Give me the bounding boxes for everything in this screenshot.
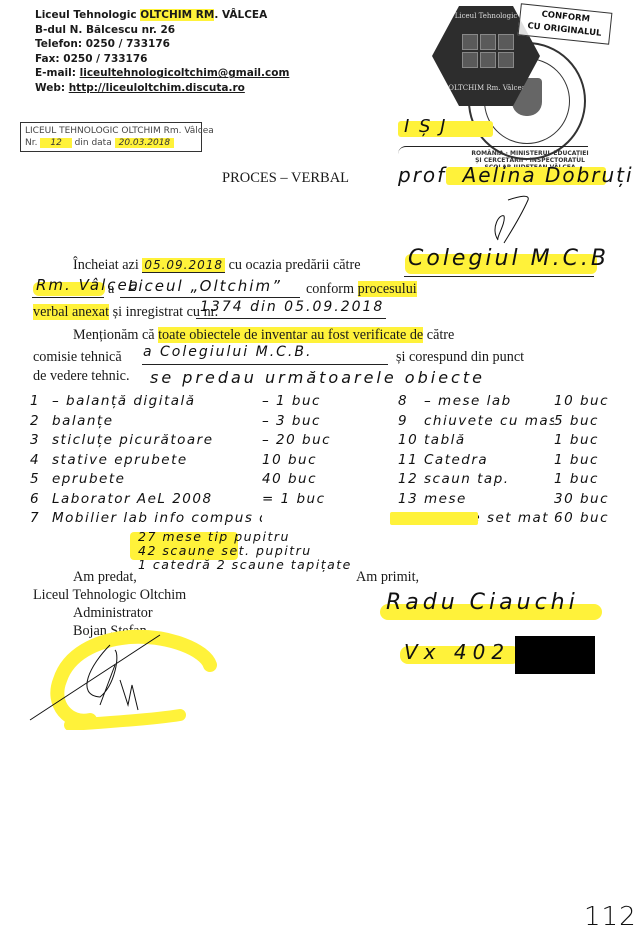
inventory-item-quantity: 10 buc xyxy=(554,393,609,413)
inventory-item-name: chiuvete cu masă xyxy=(424,413,554,433)
inventory-item-name: Mobilier lab info compus din xyxy=(52,510,262,530)
inventory-item: 3sticluțe picurătoare– 20 buc xyxy=(30,432,350,452)
paragraph-2-line-1: Menționăm că toate obiectele de inventar… xyxy=(73,327,454,344)
recipient-institution: Colegiul M.C.B xyxy=(408,246,609,271)
inventory-item: 5eprubete40 buc xyxy=(30,471,350,491)
inventory-item-name: sticluțe picurătoare xyxy=(52,432,262,452)
inventory-item: 13mese30 buc xyxy=(398,491,638,511)
inventory-left-column: 1– balanță digitală– 1 buc2balanțe– 3 bu… xyxy=(30,393,350,530)
web-link[interactable]: http://liceuloltchim.discuta.ro xyxy=(69,82,245,94)
inventory-item-name: mese xyxy=(424,491,554,511)
inventory-item-number: 12 xyxy=(398,471,424,491)
registration-number-line: Nr. 12 din data 20.03.2018 xyxy=(25,137,197,149)
inventory-item-quantity: 1 buc xyxy=(554,471,599,491)
inventory-item-quantity: – 20 buc xyxy=(262,432,331,452)
inventory-right-column: 8– mese lab10 buc9chiuvete cu masă5 buc1… xyxy=(398,393,638,530)
document-title: PROCES – VERBAL xyxy=(222,170,349,187)
inventory-item-quantity: 10 buc xyxy=(262,452,317,472)
registration-number: 12 xyxy=(40,138,71,148)
inventory-item-number: 7 xyxy=(30,510,52,530)
received-label: Am primit, xyxy=(356,569,419,586)
inventory-item-name: tablă xyxy=(424,432,554,452)
inventory-item: 4stative eprubete10 buc xyxy=(30,452,350,472)
school-email: E-mail: liceultehnologicoltchim@gmail.co… xyxy=(35,66,365,81)
inventory-item-quantity: 60 buc xyxy=(554,510,609,530)
paragraph-2-line-2: comisie tehnică xyxy=(33,349,122,366)
registration-stamp: LICEUL TEHNOLOGIC OLTCHIM Rm. Vâlcea Nr.… xyxy=(20,122,202,152)
registration-date: 20.03.2018 xyxy=(115,138,175,148)
conform-cu-originalul-stamp: CONFORM CU ORIGINALUL xyxy=(518,3,613,44)
recipient-underline xyxy=(404,276,594,277)
inventory-item-name: – balanță digitală xyxy=(52,393,262,413)
inventory-item: 10tablă1 buc xyxy=(398,432,638,452)
inventory-item-quantity: 40 buc xyxy=(262,471,317,491)
annotation-bracket xyxy=(398,146,588,157)
inventory-item-number: 6 xyxy=(30,491,52,511)
source-institution: Liceul „Oltchim” xyxy=(128,277,282,295)
inventory-item-name: eprubete xyxy=(52,471,262,491)
recipient-city: Rm. Vâlcea xyxy=(36,276,140,294)
administrator-signature xyxy=(20,625,230,730)
paragraph-1-line-1: Încheiat azi 05.09.2018 cu ocazia predăr… xyxy=(73,257,361,274)
inventory-item-quantity: – 1 buc xyxy=(262,393,321,413)
email-link[interactable]: liceultehnologicoltchim@gmail.com xyxy=(80,67,290,79)
inventory-item-number: 5 xyxy=(30,471,52,491)
inspector-signature xyxy=(480,188,560,248)
inventory-item-name: scaun tap. xyxy=(424,471,554,491)
inventory-item-number: 4 xyxy=(30,452,52,472)
inventory-item-name: stative eprubete xyxy=(52,452,262,472)
inventory-item-7-subitems: 27 mese tip pupitru42 scaune set. pupitr… xyxy=(138,530,352,572)
inventory-subitem: 42 scaune set. pupitru xyxy=(138,544,352,558)
handover-date: 05.09.2018 xyxy=(142,258,225,273)
received-id: Vx 402 xyxy=(404,640,510,664)
inventory-item: 2balanțe– 3 buc xyxy=(30,413,350,433)
school-seal-bottom-text: OLTCHIM Rm. Vâlcea xyxy=(442,84,532,92)
inventory-item-number: 11 xyxy=(398,452,424,472)
school-phone: Telefon: 0250 / 733176 xyxy=(35,37,365,52)
inventory-item-number: 2 xyxy=(30,413,52,433)
inventory-item-quantity: 1 buc xyxy=(554,432,599,452)
inventory-item: 1– balanță digitală– 1 buc xyxy=(30,393,350,413)
inventory-item-number: 13 xyxy=(398,491,424,511)
paragraph-2-line-3: de vedere tehnic. xyxy=(33,368,130,385)
inventory-item-number: 1 xyxy=(30,393,52,413)
handed-label: Am predat, xyxy=(73,569,137,586)
inventory-item-number: 3 xyxy=(30,432,52,452)
commission-name: a Colegiului M.C.B. xyxy=(143,344,312,360)
inventory-subitem: 1 catedră 2 scaune tapițate xyxy=(138,558,352,572)
inventory-item-number: 8 xyxy=(398,393,424,413)
inventory-item-quantity: 5 buc xyxy=(554,413,599,433)
inventory-item: 9chiuvete cu masă5 buc xyxy=(398,413,638,433)
school-name: Liceul Tehnologic OLTCHIM RM. VÂLCEA xyxy=(35,8,365,23)
letterhead: Liceul Tehnologic OLTCHIM RM. VÂLCEA B-d… xyxy=(35,8,365,96)
inventory-item: 6Laborator AeL 2008= 1 buc xyxy=(30,491,350,511)
redaction-block xyxy=(515,636,595,674)
paragraph-1-line-3: verbal anexat și inregistrat cu nr. xyxy=(33,304,218,321)
inventory-item-number: 10 xyxy=(398,432,424,452)
registration-school: LICEUL TEHNOLOGIC OLTCHIM Rm. Vâlcea xyxy=(25,125,197,137)
inventory-item: 7Mobilier lab info compus din xyxy=(30,510,350,530)
inventory-item-quantity: 1 buc xyxy=(554,452,599,472)
page-number: 112 xyxy=(584,902,637,932)
inventory-item-name: balanțe xyxy=(52,413,262,433)
school-web: Web: http://liceuloltchim.discuta.ro xyxy=(35,81,365,96)
school-seal-top-text: Liceul Tehnologic xyxy=(446,12,526,20)
handed-organization: Liceul Tehnologic Oltchim xyxy=(33,587,186,604)
isj-annotation: I Ș J xyxy=(404,116,448,137)
school-fax: Fax: 0250 / 733176 xyxy=(35,52,365,67)
received-signature: Radu Ciauchi xyxy=(386,590,579,615)
inventory-item-name: – mese lab xyxy=(424,393,554,413)
handed-role: Administrator xyxy=(73,605,153,622)
handwritten-intro: se predau următoarele obiecte xyxy=(150,368,485,387)
inventory-item-quantity: = 1 buc xyxy=(262,491,326,511)
inventory-item-number: 9 xyxy=(398,413,424,433)
inventory-item-quantity: – 3 buc xyxy=(262,413,321,433)
inventory-item-quantity: 30 buc xyxy=(554,491,609,511)
school-address: B-dul N. Bălcescu nr. 26 xyxy=(35,23,365,38)
inventory-item-name: Catedra xyxy=(424,452,554,472)
inventory-subitem: 27 mese tip pupitru xyxy=(138,530,352,544)
prof-annotation: prof Aelina Dobruți xyxy=(398,163,634,187)
inventory-item: 8– mese lab10 buc xyxy=(398,393,638,413)
inventory-item-name: Laborator AeL 2008 xyxy=(52,491,262,511)
registration-number-handwritten: 1374 din 05.09.2018 xyxy=(200,299,384,315)
inventory-item: 11Catedra1 buc xyxy=(398,452,638,472)
inventory-item: 12scaun tap.1 buc xyxy=(398,471,638,491)
